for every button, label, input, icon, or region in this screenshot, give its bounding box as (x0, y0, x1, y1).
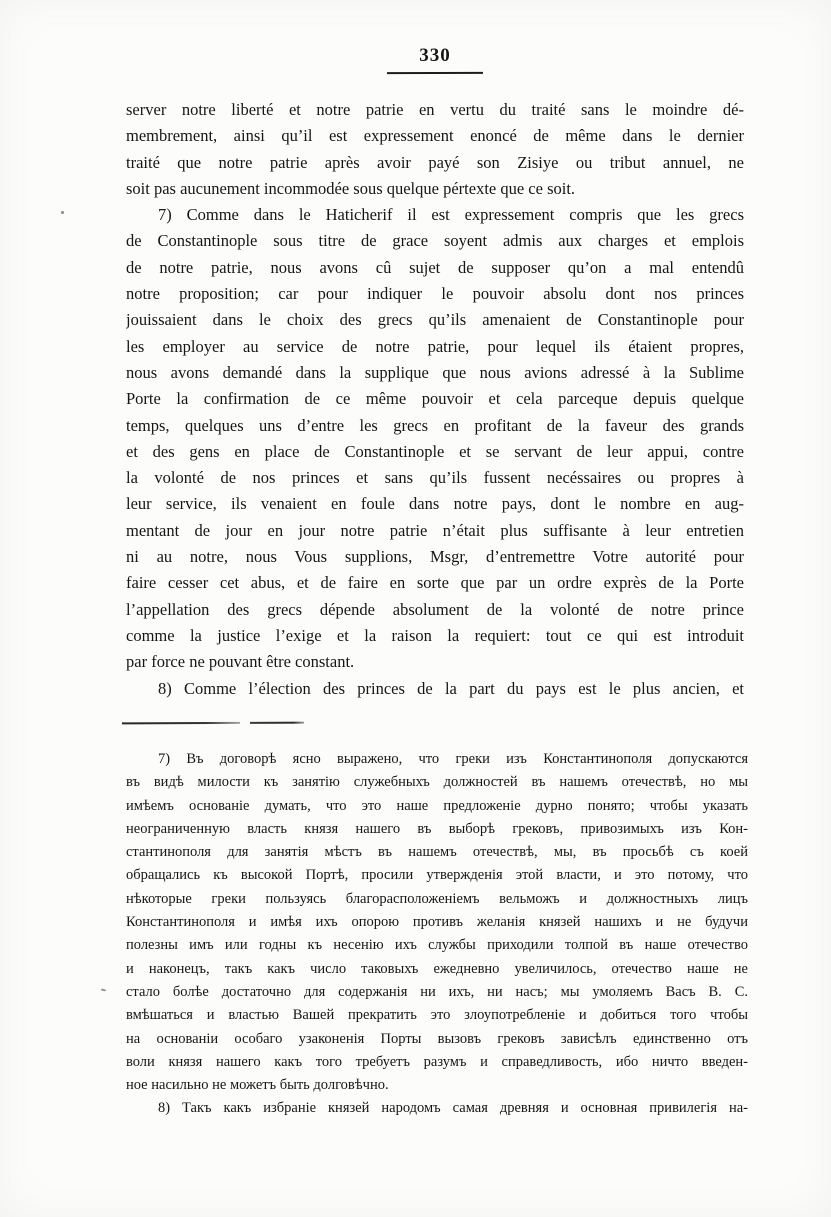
main-text-line: faire cesser cet abus, et de faire en so… (126, 570, 744, 596)
footnote-line: стало болѣе достаточно для содержанія ни… (126, 981, 748, 1004)
footnote-separator-rule (122, 721, 322, 726)
footnote-line: нѣкоторые греки пользуясь благорасположе… (126, 888, 748, 911)
main-text-line: 7) Comme dans le Haticherif il est expre… (126, 202, 744, 228)
scan-speck (101, 989, 106, 992)
main-text-line: Porte la confirmation de ce même pouvoir… (126, 386, 744, 412)
footnote-separator-segment (122, 722, 240, 725)
scanned-book-page: 330 server notre liberté et notre patrie… (0, 0, 831, 1217)
footnote-line: и наконецъ, такъ какъ число таковыхъ еже… (126, 958, 748, 981)
main-text-line: leur service, ils venaient en foule dans… (126, 491, 744, 517)
footnote-separator-segment (250, 722, 304, 724)
footnote-block: 7) Въ договорѣ ясно выражено, что греки … (126, 748, 748, 1121)
page-number: 330 (419, 44, 451, 68)
main-text-line: par force ne pouvant être constant. (126, 649, 744, 675)
main-text-line: l’appellation des grecs dépende absolume… (126, 597, 744, 623)
main-text-line: ni au notre, nous Vous supplions, Msgr, … (126, 544, 744, 570)
footnote-line: Константинополя и имѣя ихъ опорою против… (126, 911, 748, 934)
footnote-line: неограниченную власть князя нашего въ вы… (126, 818, 748, 841)
footnote-line: воли князя нашего какъ того требуетъ раз… (126, 1051, 748, 1074)
footnote-line: на основаніи особаго узаконенія Порты вы… (126, 1028, 748, 1051)
footnote-line: вмѣшаться и властью Вашей прекратить это… (126, 1004, 748, 1027)
footnote-line: 7) Въ договорѣ ясно выражено, что греки … (126, 748, 748, 771)
main-text-line: soit pas aucunement incommodée sous quel… (126, 176, 744, 202)
footnote-line: 8) Такъ какъ избраніе князей народомъ са… (126, 1097, 748, 1120)
page-number-underline (387, 72, 483, 74)
main-text-line: de notre patrie, nous avons cû sujet de … (126, 255, 744, 281)
footnote-line: полезны имъ или годны къ несенію ихъ слу… (126, 934, 748, 957)
footnote-line: имѣемъ основаніе думать, что это наше пр… (126, 795, 748, 818)
footnote-line: въ видѣ милости къ занятію служебныхъ до… (126, 771, 748, 794)
page-header: 330 (126, 44, 744, 74)
main-text-line: notre proposition; car pour indiquer le … (126, 281, 744, 307)
main-text-line: comme la justice l’exige et la raison la… (126, 623, 744, 649)
main-text-block: server notre liberté et notre patrie en … (126, 97, 744, 702)
main-text-line: nous avons demandé dans la supplique que… (126, 360, 744, 386)
main-text-line: mentant de jour en jour notre patrie n’é… (126, 518, 744, 544)
main-text-line: la volonté de nos princes et sans qu’ils… (126, 465, 744, 491)
main-text-line: membrement, ainsi qu’il est expressement… (126, 123, 744, 149)
scan-speck (61, 211, 64, 214)
main-text-line: de Constantinople sous titre de grace so… (126, 228, 744, 254)
main-text-line: et des gens en place de Constantinople e… (126, 439, 744, 465)
main-text-line: les employer au service de notre patrie,… (126, 334, 744, 360)
main-text-line: traité que notre patrie après avoir payé… (126, 150, 744, 176)
footnote-line: обращались къ высокой Портѣ, просили утв… (126, 864, 748, 887)
main-text-line: jouissaient dans le choix des grecs qu’i… (126, 307, 744, 333)
main-text-line: server notre liberté et notre patrie en … (126, 97, 744, 123)
footnote-line: ное насильно не можетъ быть долговѣчно. (126, 1074, 748, 1097)
main-text-line: 8) Comme l’élection des princes de la pa… (126, 676, 744, 702)
footnote-line: стантинополя для занятія мѣстъ въ нашемъ… (126, 841, 748, 864)
main-text-line: temps, quelques uns d’entre les grecs en… (126, 413, 744, 439)
